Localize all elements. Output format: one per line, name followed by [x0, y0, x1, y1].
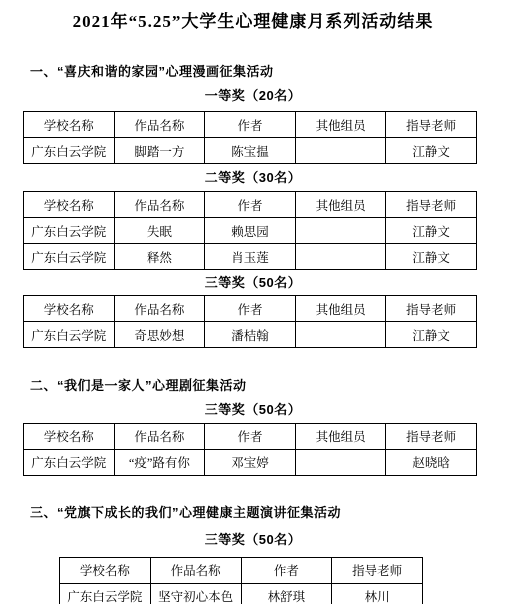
award-title-third-prize: 三等奖（50名）: [0, 276, 506, 291]
cell-author: 肖玉莲: [205, 244, 296, 270]
header-row: 学校名称 作品名称 作者 其他组员 指导老师: [24, 423, 477, 449]
cell-school-name: 广东白云学院: [24, 322, 115, 348]
header-advisor: 指导老师: [386, 296, 477, 322]
table-row: 广东白云学院 “疫”路有你 邓宝婷 赵晓晗: [24, 449, 477, 475]
cell-other-members: [295, 449, 386, 475]
header-row: 学校名称 作品名称 作者 其他组员 指导老师: [24, 192, 477, 218]
header-author: 作者: [241, 557, 332, 583]
award-table-section2-third-prize: 学校名称 作品名称 作者 其他组员 指导老师 广东白云学院 “疫”路有你 邓宝婷…: [23, 423, 477, 476]
cell-other-members: [295, 218, 386, 244]
header-other-members: 其他组员: [295, 423, 386, 449]
header-author: 作者: [205, 112, 296, 138]
header-author: 作者: [205, 192, 296, 218]
header-work-title: 作品名称: [114, 423, 205, 449]
cell-advisor: 江静文: [386, 218, 477, 244]
cell-author: 陈宝揾: [205, 138, 296, 164]
award-title-third-prize: 三等奖（50名）: [0, 403, 506, 418]
cell-work-title: 奇思妙想: [114, 322, 205, 348]
cell-advisor: 江静文: [386, 322, 477, 348]
award-table-section3-third-prize: 学校名称 作品名称 作者 指导老师 广东白云学院 坚守初心本色 林舒琪 林川: [59, 557, 423, 604]
award-title-second-prize: 二等奖（30名）: [0, 171, 506, 186]
table-row: 广东白云学院 奇思妙想 潘桔翰 江静文: [24, 322, 477, 348]
header-row: 学校名称 作品名称 作者 其他组员 指导老师: [24, 296, 477, 322]
section-heading-2: 二、“我们是一家人”心理剧征集活动: [30, 379, 506, 394]
cell-work-title: “疫”路有你: [114, 449, 205, 475]
cell-work-title: 失眠: [114, 218, 205, 244]
cell-work-title: 坚守初心本色: [150, 583, 241, 604]
header-advisor: 指导老师: [386, 112, 477, 138]
header-other-members: 其他组员: [295, 112, 386, 138]
cell-author: 潘桔翰: [205, 322, 296, 348]
page-title: 2021年“5.25”大学生心理健康月系列活动结果: [0, 0, 506, 32]
header-school-name: 学校名称: [24, 192, 115, 218]
header-work-title: 作品名称: [150, 557, 241, 583]
table-row: 广东白云学院 坚守初心本色 林舒琪 林川: [60, 583, 423, 604]
cell-other-members: [295, 244, 386, 270]
cell-author: 赖思园: [205, 218, 296, 244]
header-advisor: 指导老师: [386, 192, 477, 218]
header-work-title: 作品名称: [114, 192, 205, 218]
header-row: 学校名称 作品名称 作者 其他组员 指导老师: [24, 112, 477, 138]
document-page: 2021年“5.25”大学生心理健康月系列活动结果 一、“喜庆和谐的家园”心理漫…: [0, 0, 506, 604]
cell-work-title: 脚踏一方: [114, 138, 205, 164]
cell-advisor: 江静文: [386, 244, 477, 270]
award-title-third-prize: 三等奖（50名）: [0, 533, 506, 548]
cell-other-members: [295, 322, 386, 348]
header-school-name: 学校名称: [24, 112, 115, 138]
award-table-section1-first-prize: 学校名称 作品名称 作者 其他组员 指导老师 广东白云学院 脚踏一方 陈宝揾 江…: [23, 111, 477, 164]
header-advisor: 指导老师: [332, 557, 423, 583]
award-table-section1-third-prize: 学校名称 作品名称 作者 其他组员 指导老师 广东白云学院 奇思妙想 潘桔翰 江…: [23, 295, 477, 348]
header-author: 作者: [205, 296, 296, 322]
table-row: 广东白云学院 失眠 赖思园 江静文: [24, 218, 477, 244]
header-work-title: 作品名称: [114, 112, 205, 138]
cell-school-name: 广东白云学院: [24, 449, 115, 475]
cell-other-members: [295, 138, 386, 164]
cell-work-title: 释然: [114, 244, 205, 270]
cell-author: 林舒琪: [241, 583, 332, 604]
header-other-members: 其他组员: [295, 192, 386, 218]
cell-author: 邓宝婷: [205, 449, 296, 475]
section-heading-1: 一、“喜庆和谐的家园”心理漫画征集活动: [30, 65, 506, 80]
section-heading-3: 三、“党旗下成长的我们”心理健康主题演讲征集活动: [30, 506, 506, 521]
award-table-section1-second-prize: 学校名称 作品名称 作者 其他组员 指导老师 广东白云学院 失眠 赖思园 江静文…: [23, 191, 477, 270]
table-row: 广东白云学院 释然 肖玉莲 江静文: [24, 244, 477, 270]
table-row: 广东白云学院 脚踏一方 陈宝揾 江静文: [24, 138, 477, 164]
header-work-title: 作品名称: [114, 296, 205, 322]
header-row: 学校名称 作品名称 作者 指导老师: [60, 557, 423, 583]
header-school-name: 学校名称: [60, 557, 151, 583]
header-advisor: 指导老师: [386, 423, 477, 449]
cell-advisor: 江静文: [386, 138, 477, 164]
header-other-members: 其他组员: [295, 296, 386, 322]
header-author: 作者: [205, 423, 296, 449]
cell-advisor: 林川: [332, 583, 423, 604]
cell-advisor: 赵晓晗: [386, 449, 477, 475]
header-school-name: 学校名称: [24, 423, 115, 449]
cell-school-name: 广东白云学院: [60, 583, 151, 604]
award-title-first-prize: 一等奖（20名）: [0, 89, 506, 104]
cell-school-name: 广东白云学院: [24, 218, 115, 244]
cell-school-name: 广东白云学院: [24, 244, 115, 270]
header-school-name: 学校名称: [24, 296, 115, 322]
cell-school-name: 广东白云学院: [24, 138, 115, 164]
